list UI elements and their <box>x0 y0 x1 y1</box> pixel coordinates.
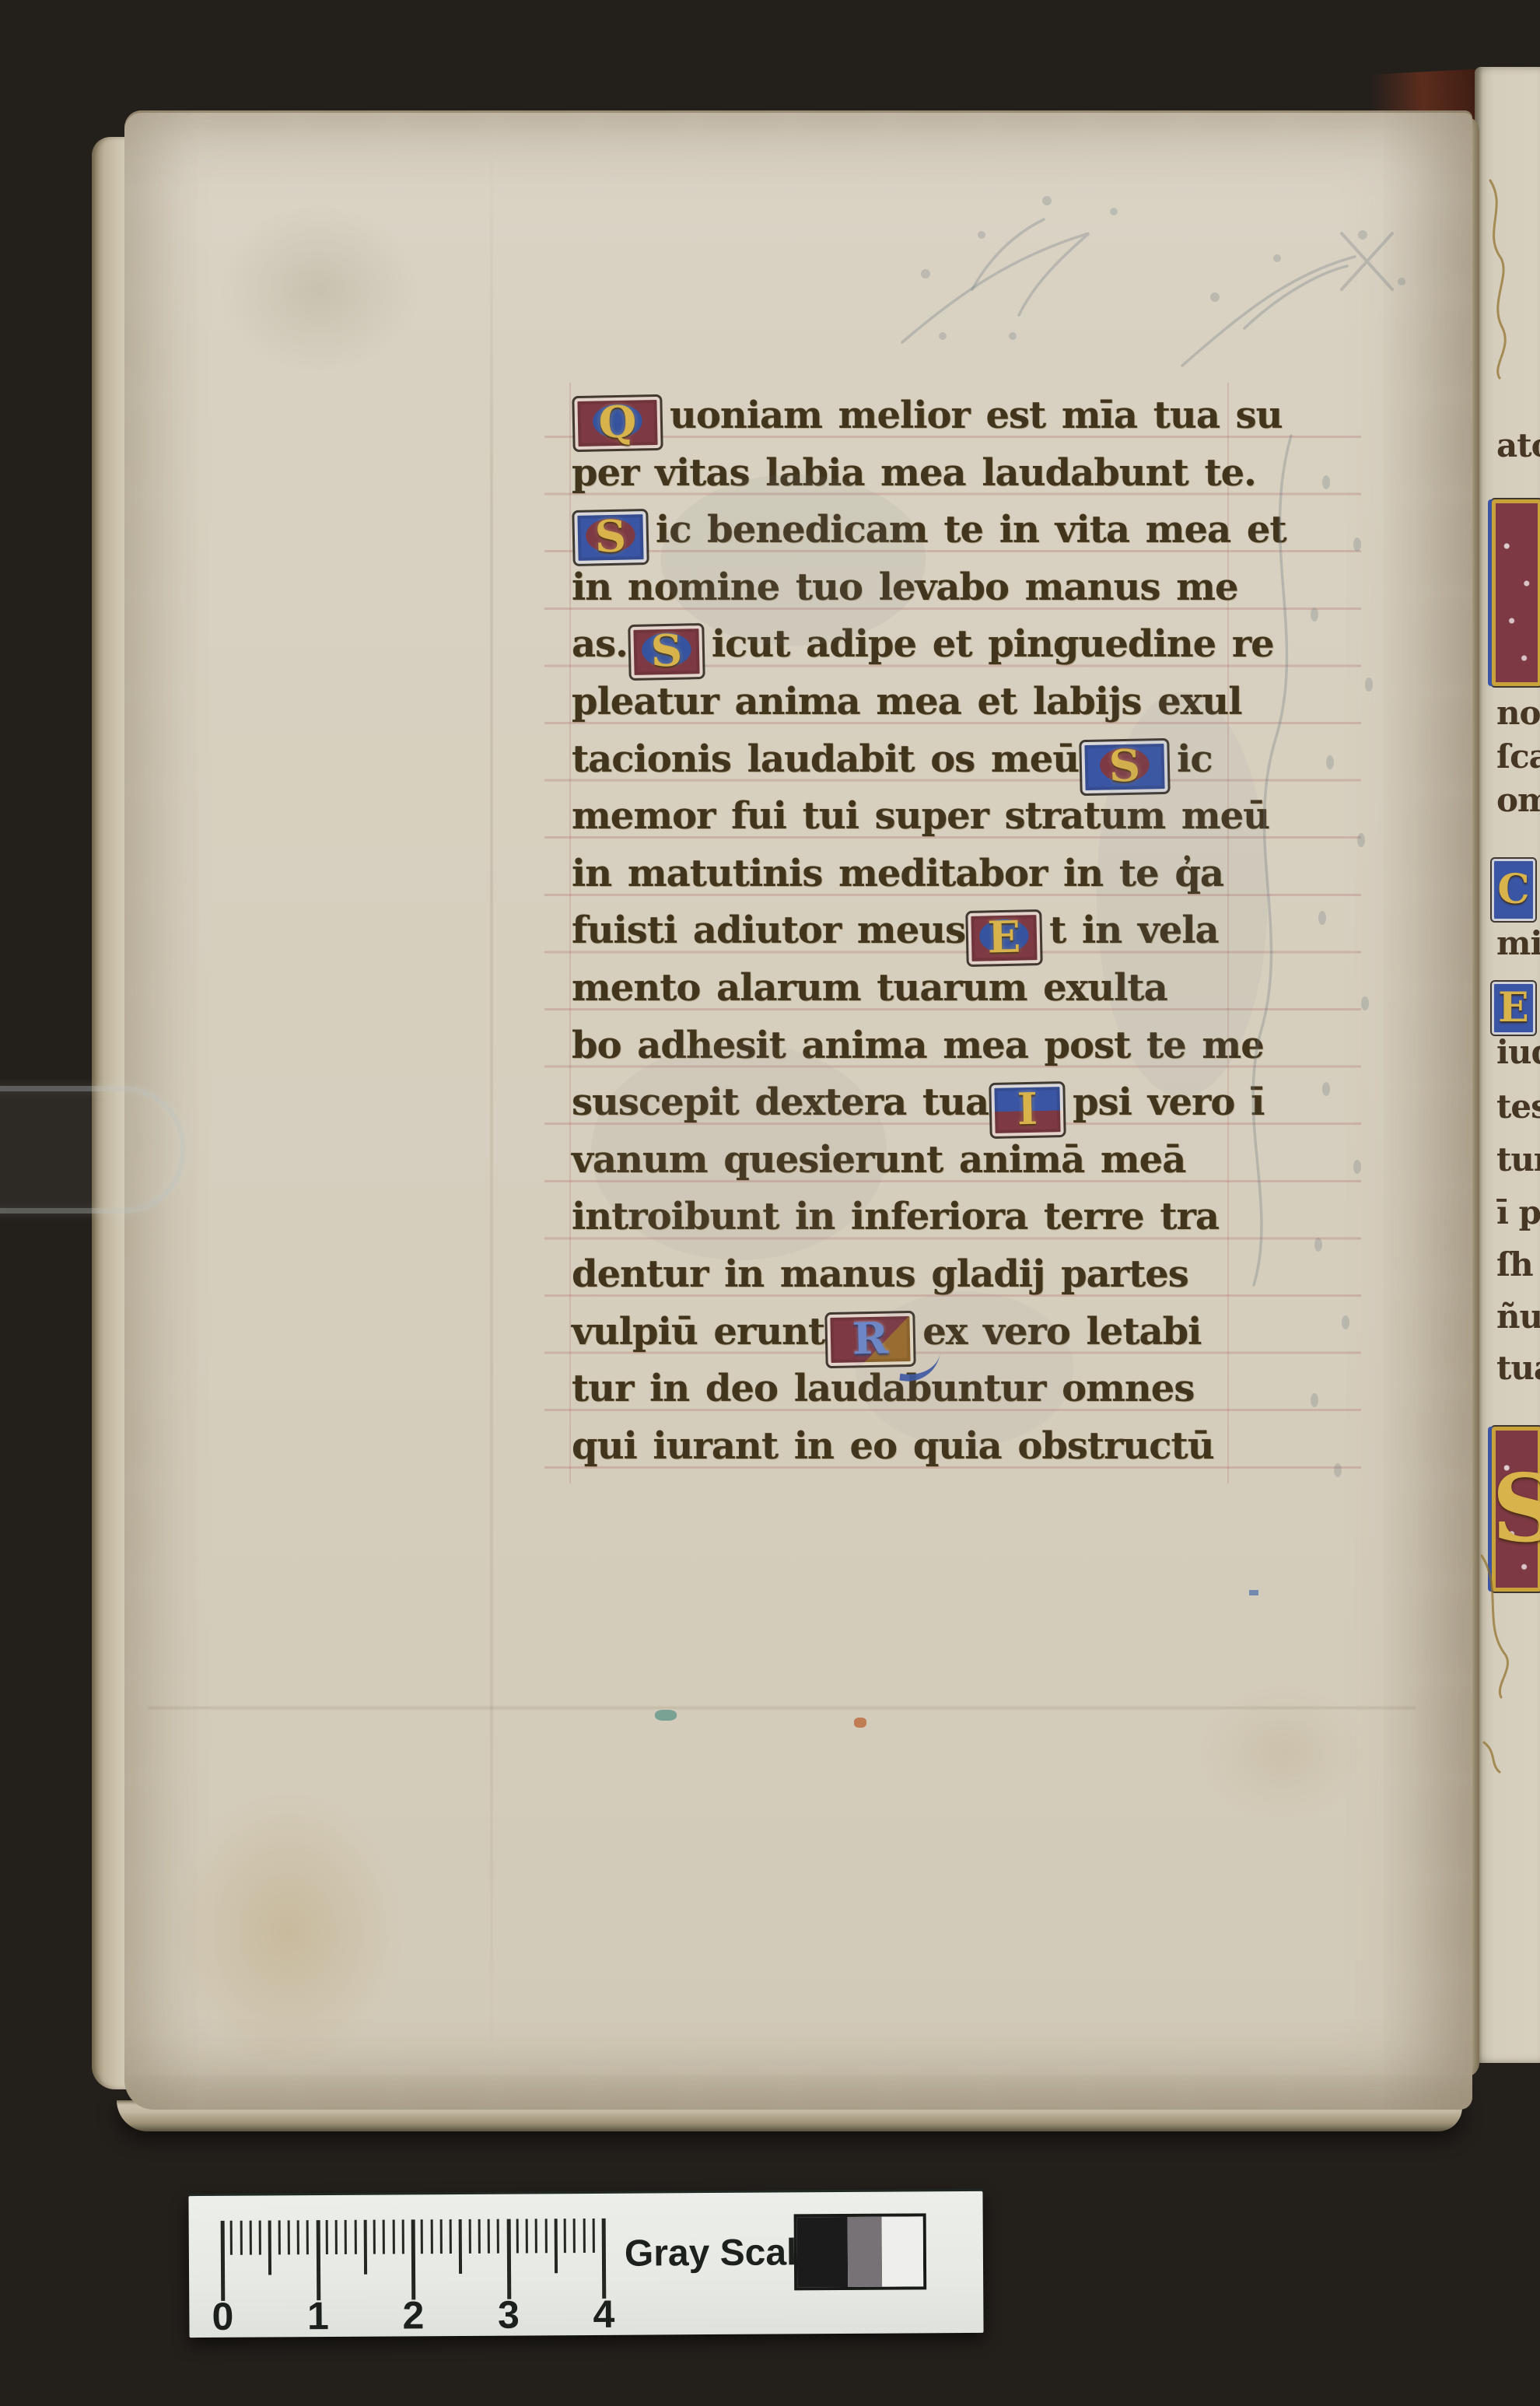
manuscript-line: bo adhesit anima mea post te me <box>572 1017 1303 1075</box>
manuscript-text: introibunt in inferiora terre tra <box>572 1195 1219 1238</box>
manuscript-line: in nomine tuo levabo manus me <box>572 559 1303 617</box>
ruler-cm-tick <box>221 2221 226 2301</box>
scale-ruler-card: Gray Scale 01234 <box>188 2191 983 2338</box>
recto-text-fragment: ī pop <box>1496 1193 1540 1231</box>
ruler-mm-tick <box>383 2220 385 2254</box>
ruler-mm-tick <box>297 2220 299 2254</box>
manuscript-line: pleatur anima mea et labijs exul <box>572 674 1303 731</box>
manuscript-line: tur in deo laudabuntur omnes <box>572 1361 1303 1418</box>
recto-text-fragment: ſcamu <box>1496 737 1540 776</box>
manuscript-text: dentur in manus gladij partes <box>572 1252 1188 1296</box>
recto-illuminated-initial: E <box>1492 982 1535 1035</box>
manuscript-text: as. <box>572 622 628 666</box>
page-holder-clip <box>0 1086 186 1214</box>
ruler-mm-tick <box>497 2219 499 2254</box>
ruler-mm-tick <box>564 2219 566 2253</box>
recto-text-fragment: atoſt <box>1496 426 1540 464</box>
ruler-mm-tick <box>439 2219 442 2254</box>
recto-illuminated-initial: C <box>1492 859 1535 921</box>
manuscript-line: vanum quesierunt animā meā <box>572 1132 1303 1189</box>
ruler-cm-tick <box>506 2219 511 2299</box>
ruler-mm-tick <box>259 2221 261 2255</box>
illuminated-initial: S <box>1081 740 1167 793</box>
ruler-mm-tick <box>421 2219 423 2254</box>
ruler-mm-tick <box>573 2219 576 2253</box>
ruler-mm-tick <box>544 2219 547 2253</box>
ruler-mm-tick <box>268 2220 271 2275</box>
recto-text-fragment: milite <box>1496 924 1540 962</box>
manuscript-text: bo adhesit anima mea post te me <box>572 1024 1264 1067</box>
ruler-mm-tick <box>392 2220 394 2254</box>
manuscript-text: uoniam melior est mīa tua su <box>670 394 1283 437</box>
manuscript-line: qui iurant in eo quia obstructū <box>572 1418 1303 1476</box>
ruler-mm-tick <box>468 2219 471 2254</box>
illuminated-initial: E <box>968 912 1040 965</box>
manuscript-text: vanum quesierunt animā meā <box>572 1138 1185 1182</box>
manuscript-line: as.Sicut adipe et pinguedine re <box>572 616 1303 674</box>
manuscript-line: in matutinis meditabor in te q̓a <box>572 846 1303 903</box>
manuscript-line: dentur in manus gladij partes <box>572 1246 1303 1304</box>
ruler-number: 2 <box>390 2292 436 2338</box>
ruler-mm-tick <box>401 2219 404 2254</box>
manuscript-text: icut adipe et pinguedine re <box>712 622 1274 666</box>
ruler-mm-tick <box>450 2219 452 2254</box>
illuminated-initial: R <box>828 1312 914 1365</box>
recto-illuminated-initial: S <box>1492 1427 1540 1592</box>
manuscript-line: fuisti adiutor meusEt in vela <box>572 902 1303 960</box>
ruler-number: 3 <box>485 2292 532 2337</box>
ruler-number: 0 <box>199 2294 246 2339</box>
manuscript-text: pleatur anima mea et labijs exul <box>572 680 1241 723</box>
manuscript-text: qui iurant in eo quia obstructū <box>572 1424 1214 1468</box>
ruler-mm-tick <box>278 2220 280 2254</box>
ruler-mm-tick <box>516 2219 518 2254</box>
parchment-stain <box>171 1791 404 2071</box>
ruler-mm-tick <box>478 2219 480 2254</box>
manuscript-text: in nomine tuo levabo manus me <box>572 566 1238 609</box>
ruler-mm-tick <box>554 2219 557 2273</box>
manuscript-text: suscepit dextera tua <box>572 1080 989 1124</box>
recto-text-fragment: omīb <box>1496 781 1540 819</box>
illuminated-initial: S <box>574 511 646 564</box>
manuscript-text: t in vela <box>1049 909 1219 952</box>
manuscript-text: ic benedicam te in vita mea et <box>656 508 1286 552</box>
recto-text-fragment: iudica <box>1496 1033 1540 1071</box>
ruler-cm-tick <box>411 2219 416 2299</box>
manuscript-line: memor fui tui super stratum meū <box>572 788 1303 846</box>
manuscript-text: ex vero letabi <box>922 1310 1201 1354</box>
ruler-mm-tick <box>325 2220 327 2254</box>
gray-scale-patch <box>797 2217 848 2287</box>
ruler-mm-tick <box>335 2220 338 2254</box>
gray-scale-patches <box>794 2213 927 2290</box>
ruler-mm-tick <box>592 2219 594 2253</box>
recto-text-fragment: nos et <box>1496 694 1540 732</box>
teal-pigment-mark <box>655 1710 677 1721</box>
manuscript-text: tur in deo laudabuntur omnes <box>572 1367 1194 1410</box>
manuscript-line: vulpiū eruntRex vero letabi <box>572 1304 1303 1361</box>
recto-text-fragment: ñue uſ <box>1496 1298 1540 1336</box>
ruler-mm-tick <box>373 2220 376 2254</box>
ruler-mm-tick <box>583 2219 585 2253</box>
manuscript-line: suscepit dextera tuaIpsi vero ī <box>572 1074 1303 1132</box>
recto-page-sliver: atoſtnos etſcamuomībmiliteiudicates ī te… <box>1475 67 1540 2063</box>
gray-scale-label: Gray Scale <box>625 2231 818 2275</box>
manuscript-line: tacionis laudabit os meūSic <box>572 731 1303 789</box>
illuminated-initial: S <box>630 625 702 678</box>
manuscript-text: fuisti adiutor meus <box>572 909 965 952</box>
recto-text-fragment: tur ibr <box>1496 1140 1540 1178</box>
photo-stage: atoſtnos etſcamuomībmiliteiudicates ī te… <box>0 0 1540 2406</box>
ruler-mm-tick <box>488 2219 490 2254</box>
ruler-mm-tick <box>354 2220 356 2254</box>
manuscript-line: mento alarum tuarum exulta <box>572 960 1303 1017</box>
illuminated-initial: Q <box>574 397 660 450</box>
ruler-mm-tick <box>430 2219 432 2254</box>
recto-text-fragment: tes ī te <box>1496 1087 1540 1126</box>
ruler-mm-tick <box>345 2220 347 2254</box>
ruler-mm-tick <box>249 2221 251 2255</box>
manuscript-line: introibunt in inferiora terre tra <box>572 1189 1303 1246</box>
manuscript-text: tacionis laudabit os meū <box>572 737 1079 781</box>
ruler-mm-tick <box>535 2219 537 2253</box>
gray-scale-patch <box>847 2217 881 2287</box>
manuscript-text: mento alarum tuarum exulta <box>572 966 1167 1010</box>
manuscript-text: in matutinis meditabor in te q̓a <box>572 852 1223 895</box>
orange-pigment-mark <box>854 1718 866 1728</box>
verso-page: Quoniam melior est mīa tua super vitas l… <box>124 110 1472 2110</box>
ruling-vertical-left <box>569 383 571 1483</box>
ruler-number: 1 <box>295 2293 341 2338</box>
ruler-cm-tick <box>602 2219 607 2299</box>
manuscript-text: vulpiū erunt <box>572 1310 824 1354</box>
gray-scale-patch <box>881 2216 923 2286</box>
ruler-mm-tick <box>306 2220 309 2254</box>
recto-text-fragment: ſh lū <box>1496 1245 1540 1284</box>
ruler-mm-tick <box>230 2221 233 2255</box>
recto-text-fragment: tuant <box>1496 1349 1540 1387</box>
manuscript-text: per vitas labia mea laudabunt te. <box>572 451 1256 495</box>
illuminated-initial: I <box>991 1084 1063 1136</box>
parchment-stain <box>1198 1682 1369 1822</box>
ruler-mm-tick <box>240 2221 242 2255</box>
recto-illuminated-initial <box>1492 499 1540 686</box>
manuscript-text: ic <box>1177 737 1212 781</box>
manuscript-text: psi vero ī <box>1073 1080 1264 1124</box>
ruler-mm-tick <box>459 2219 462 2274</box>
manuscript-line: Quoniam melior est mīa tua su <box>572 387 1303 445</box>
ruler-mm-tick <box>363 2220 366 2275</box>
ruler-mm-tick <box>526 2219 528 2253</box>
manuscript-text-block: Quoniam melior est mīa tua super vitas l… <box>572 387 1303 1475</box>
ruler-mm-tick <box>287 2220 289 2254</box>
vertical-fold <box>490 126 493 2094</box>
manuscript-line: per vitas labia mea laudabunt te. <box>572 445 1303 503</box>
ruler-number: 4 <box>580 2292 627 2337</box>
manuscript-text: memor fui tui super stratum meū <box>572 794 1269 838</box>
manuscript-line: Sic benedicam te in vita mea et <box>572 502 1303 559</box>
ruler-cm-tick <box>316 2220 320 2300</box>
parchment-stain <box>218 204 420 375</box>
